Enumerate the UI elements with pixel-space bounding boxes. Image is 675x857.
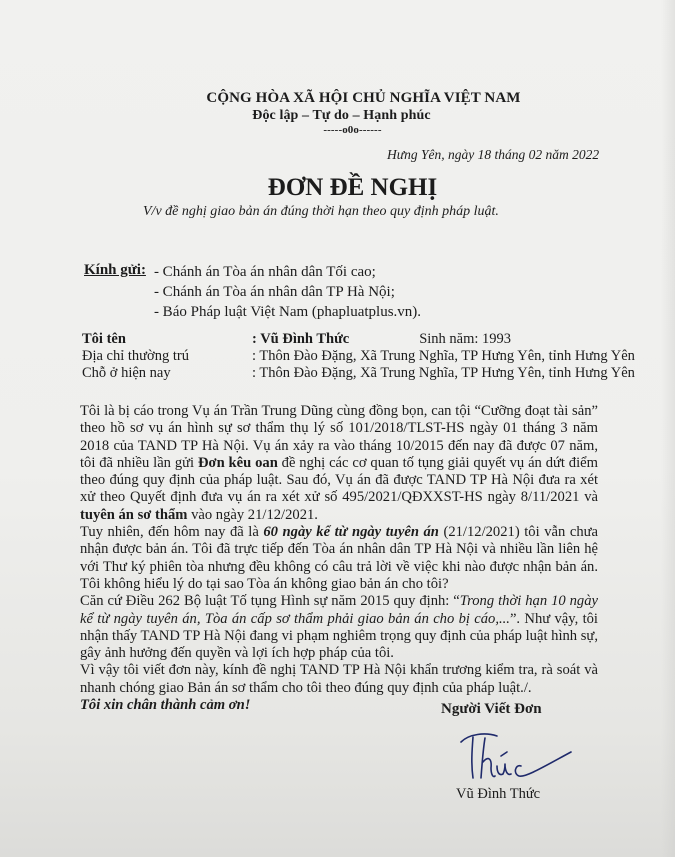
handwritten-signature (455, 728, 575, 788)
name-label: Tôi tên (82, 331, 252, 348)
paragraph-request: Vì vậy tôi viết đơn này, kính đề nghị TA… (80, 662, 598, 697)
document-title: ĐƠN ĐỀ NGHỊ (0, 174, 675, 202)
recipients-label: Kính gửi: (84, 262, 146, 322)
emphasis-60-days: 60 ngày kể từ ngày tuyên án (263, 524, 439, 540)
permanent-address-label: Địa chỉ thường trú (82, 348, 252, 365)
nation-name: CỘNG HÒA XÃ HỘI CHỦ NGHĨA VIỆT NAM (0, 90, 675, 107)
current-address-label: Chỗ ở hiện nay (82, 365, 252, 382)
name-value: : Vũ Đình Thức (252, 331, 349, 348)
recipient-item: - Báo Pháp luật Việt Nam (phapluatplus.v… (154, 302, 421, 322)
place-date-line: Hưng Yên, ngày 18 tháng 02 năm 2022 (387, 147, 599, 163)
permanent-address-value: : Thôn Đào Đặng, Xã Trung Nghĩa, TP Hưng… (252, 348, 635, 365)
national-motto: Độc lập – Tự do – Hạnh phúc (0, 108, 675, 124)
paragraph-background: Tôi là bị cáo trong Vụ án Trần Trung Dũn… (80, 403, 598, 524)
signer-name: Vũ Đình Thức (456, 786, 540, 803)
recipient-item: - Chánh án Tòa án nhân dân Tối cao; (154, 262, 421, 282)
current-address-row: Chỗ ở hiện nay : Thôn Đào Đặng, Xã Trung… (82, 365, 635, 382)
current-address-value: : Thôn Đào Đặng, Xã Trung Nghĩa, TP Hưng… (252, 365, 635, 382)
name-row: Tôi tên : Vũ Đình Thức Sinh năm: 1993 (82, 331, 635, 348)
document-subject: V/v đề nghị giao bản án đúng thời hạn th… (143, 204, 499, 220)
national-header: CỘNG HÒA XÃ HỘI CHỦ NGHĨA VIỆT NAM Độc l… (0, 90, 675, 136)
petitioner-info: Tôi tên : Vũ Đình Thức Sinh năm: 1993 Đị… (82, 331, 635, 382)
recipient-item: - Chánh án Tòa án nhân dân TP Hà Nội; (154, 282, 421, 302)
emphasis-verdict: tuyên án sơ thẩm (80, 507, 187, 523)
header-separator: -----o0o------ (0, 124, 675, 136)
emphasis-complaint: Đơn kêu oan (198, 455, 278, 471)
petition-body: Tôi là bị cáo trong Vụ án Trần Trung Dũn… (80, 403, 598, 714)
permanent-address-row: Địa chỉ thường trú : Thôn Đào Đặng, Xã T… (82, 348, 635, 365)
signer-title: Người Viết Đơn (441, 701, 542, 718)
paragraph-issue: Tuy nhiên, đến hôm nay đã là 60 ngày kể … (80, 524, 598, 593)
birth-year: Sinh năm: 1993 (419, 331, 511, 348)
recipients-block: Kính gửi: - Chánh án Tòa án nhân dân Tối… (84, 262, 421, 322)
paragraph-legal-basis: Căn cứ Điều 262 Bộ luật Tố tụng Hình sự … (80, 593, 598, 662)
